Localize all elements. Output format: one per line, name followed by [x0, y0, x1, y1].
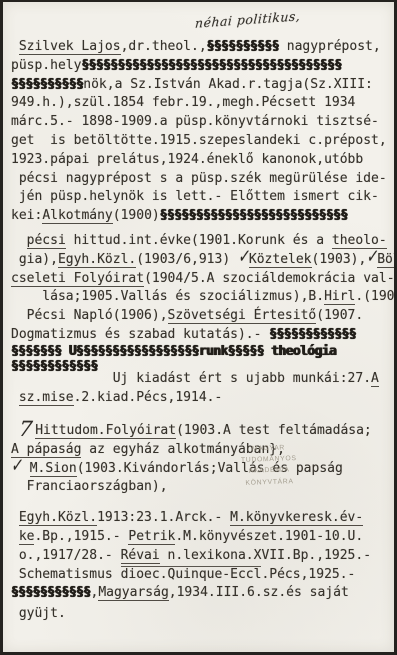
text-segment: get is betöltötte.1915.szepeslandeki c.p…: [11, 133, 387, 148]
text-segment: (1904/5.A szociáldemokrácia val-: [144, 271, 394, 286]
text-line: püsp.hely§§§§§§§§§§§§§§§§§§§§§§§§§§§§§§§…: [11, 57, 391, 76]
text-segment: (1907.: [316, 308, 363, 323]
text-line: get is betöltötte.1915.szepeslandeki c.p…: [11, 132, 391, 151]
underlined-text: sz.mise: [19, 390, 74, 406]
text-segment: lása;1905.Vallás és szociálizmus),: [42, 289, 308, 304]
underlined-text: Egyh.Közl.: [19, 510, 97, 526]
library-stamp: MAGYAR TUDOMÁNYOS AKADÉMIA KÖNYVTÁRA: [220, 441, 318, 489]
text-segment: ,1934.III.6.sz.és saját: [169, 585, 349, 600]
underlined-text: Alkotmány: [42, 208, 112, 224]
text-line: ke.Bp.,1915.- Petrik.M.könyvészet.1901-1…: [11, 528, 391, 547]
text-line: gyüjt.: [11, 605, 391, 624]
blotted-text: §§§§§§§§§§: [207, 39, 279, 54]
blotted-text: §§§§§§§§§§§§§§§§§§§§§§§§§§§§§§§§§§§§: [81, 58, 341, 73]
blotted-text: §§§§§§§§§§: [11, 77, 83, 92]
text-segment: jén püsp.helynök is lett.- Előttem ismer…: [19, 189, 379, 204]
underlined-text: Petrik: [128, 529, 175, 545]
text-segment: (1903.A test feltámadása;: [176, 423, 372, 438]
text-line: 1923.pápai prelátus,1924.éneklő kanonok,…: [11, 151, 391, 170]
text-segment: gyüjt.: [19, 606, 66, 621]
underlined-text: theolo-: [332, 233, 387, 249]
text-line: ✓ M.Sion(1903.Kivándorlás;Vallás és paps…: [11, 460, 391, 479]
text-segment: .M.könyvészet.1901-10.U.: [175, 529, 363, 544]
underlined-text: ke: [19, 529, 35, 545]
handwritten-annotation: néhai politikus,: [195, 8, 301, 30]
text-line: kei:Alkotmány(1900)§§§§§§§§§§§§§§§§§§§§§…: [11, 207, 391, 226]
text-segment: .Pécs,1925.-: [261, 567, 355, 582]
text-segment: nagyprépost,: [279, 39, 381, 54]
text-segment: [22, 461, 30, 476]
text-segment: ,dr.theol.,: [121, 39, 207, 54]
text-line: gia),Egyh.Közl.(1903/6,913) ✓Köztelek(19…: [11, 251, 391, 270]
text-line: Szilvek Lajos,dr.theol.,§§§§§§§§§§ nagyp…: [11, 38, 391, 57]
underlined-text: Hittudom.Folyóirat: [35, 423, 176, 439]
underlined-text: A: [371, 371, 379, 387]
underlined-text: Hirl: [324, 289, 355, 305]
text-segment: .(1905): [355, 289, 397, 304]
text-segment: o.,1917/28.-: [19, 548, 121, 563]
text-line: Dogmatizmus és szabad kutatás).- §§§§§§§…: [11, 326, 391, 345]
text-segment: Dogmatizmus és szabad kutatás).-: [11, 327, 269, 342]
text-segment: n.lexikona.XVII.Bp.,1925.-: [160, 548, 371, 563]
overlined-text: dioec.Quinque-Eccl: [121, 566, 262, 582]
underlined-text: cseleti Folyóirat: [11, 271, 144, 287]
text-segment: 1913:23.1.Arck.-: [97, 510, 230, 525]
text-segment: .2.kiad.Pécs,1914.-: [74, 390, 223, 405]
text-line: §§§§§§§§§§§,Magyarság,1934.III.6.sz.és s…: [11, 584, 391, 603]
checkmark-annotation: ✓: [366, 245, 377, 272]
text-segment: hittud.int.évke(1901.Korunk és a: [66, 233, 332, 248]
text-segment: kei:: [11, 208, 42, 223]
blotted-text: §§§§§§§§§§§§: [11, 359, 98, 374]
blotted-text: §§§§§§§§§§§§§§§§§§§§§§§§§§: [160, 208, 348, 223]
text-line: Pécsi Napló(1906),Szövetségi Értesitő(19…: [11, 307, 391, 326]
document-card: néhai politikus, Szilvek Lajos,dr.theol.…: [0, 0, 397, 655]
underlined-text: Szövetségi Értesitő: [168, 308, 317, 324]
underlined-text: M.Sion: [30, 461, 77, 477]
checkmark-annotation: ✓: [238, 245, 249, 272]
text-segment: Uj kiadást ért s ujabb munkái:27.: [113, 371, 371, 386]
text-line: sz.mise.2.kiad.Pécs,1914.-: [11, 389, 391, 408]
underlined-text: Révai: [121, 548, 160, 564]
text-segment: püsp.hely: [11, 58, 81, 73]
text-line: o.,1917/28.- Révai n.lexikona.XVII.Bp.,1…: [11, 547, 391, 566]
underlined-text: pécsi: [27, 233, 66, 249]
text-line: márc.5.- 1898-1909.a püsp.könyvtárnoki t…: [11, 113, 391, 132]
text-segment: pécsi nagyprépost s a püsp.szék megürülé…: [19, 171, 387, 186]
text-segment: nök,a Sz.István Akad.r.tagja(Sz.XIII:: [83, 77, 373, 92]
text-segment: (1903),: [312, 252, 367, 267]
text-line: Franciaországban),: [11, 478, 391, 497]
blotted-text: §§§§§§§ U§§§§§§§§§§§§§§§§§runk§§§§§ theo…: [11, 344, 336, 359]
text-segment: B.: [308, 289, 324, 304]
underlined-text: Köztelek: [249, 252, 312, 268]
text-segment: gia),: [19, 252, 58, 267]
blotted-text: §§§§§§§§§§§§: [269, 327, 356, 342]
text-segment: (1900): [113, 208, 160, 223]
text-segment: Schematismus: [19, 567, 121, 582]
text-line: lása;1905.Vallás és szociálizmus),B.Hirl…: [11, 288, 391, 307]
underlined-text: Böl-: [377, 252, 397, 268]
text-line: Schematismus dioec.Quinque-Eccl.Pécs,192…: [11, 566, 391, 585]
text-segment: .Bp.,1915.-: [34, 529, 128, 544]
text-segment: 949.h.),szül.1854 febr.19.,megh.Pécsett …: [11, 95, 355, 110]
blotted-text: §§§§§§§§§§§: [11, 585, 91, 600]
text-line: Egyh.Közl.1913:23.1.Arck.- M.könyvkeresk…: [11, 509, 391, 528]
text-line: 7Hittudom.Folyóirat(1903.A test feltámad…: [11, 422, 391, 441]
text-segment: Pécsi Napló(1906),: [27, 308, 168, 323]
text-line: pécsi nagyprépost s a püsp.szék megürülé…: [11, 170, 391, 189]
typewritten-lines: Szilvek Lajos,dr.theol.,§§§§§§§§§§ nagyp…: [11, 38, 391, 624]
text-line: 949.h.),szül.1854 febr.19.,megh.Pécsett …: [11, 94, 391, 113]
text-segment: Franciaországban),: [27, 479, 168, 494]
text-line: cseleti Folyóirat(1904/5.A szociáldemokr…: [11, 270, 391, 289]
underlined-text: M.könyvkeresk.év-: [230, 510, 363, 526]
text-line: pécsi hittud.int.évke(1901.Korunk és a t…: [11, 232, 391, 251]
text-line: §§§§§§§§§§nök,a Sz.István Akad.r.tagja(S…: [11, 76, 391, 95]
checkmark-annotation: ✓: [11, 454, 22, 481]
text-segment: 1923.pápai prelátus,1924.éneklő kanonok,…: [11, 152, 363, 167]
text-line: A pápaság az egyház alkotmányában},: [11, 441, 391, 460]
text-segment: (1903/6,913): [136, 252, 238, 267]
underlined-text: Egyh.Közl.: [58, 252, 136, 268]
text-segment: márc.5.- 1898-1909.a püsp.könyvtárnoki t…: [11, 114, 379, 129]
text-line: jén püsp.helynök is lett.- Előttem ismer…: [11, 188, 391, 207]
underlined-text: Szilvek Lajos: [19, 39, 121, 55]
underlined-text: Magyarság: [98, 585, 168, 601]
